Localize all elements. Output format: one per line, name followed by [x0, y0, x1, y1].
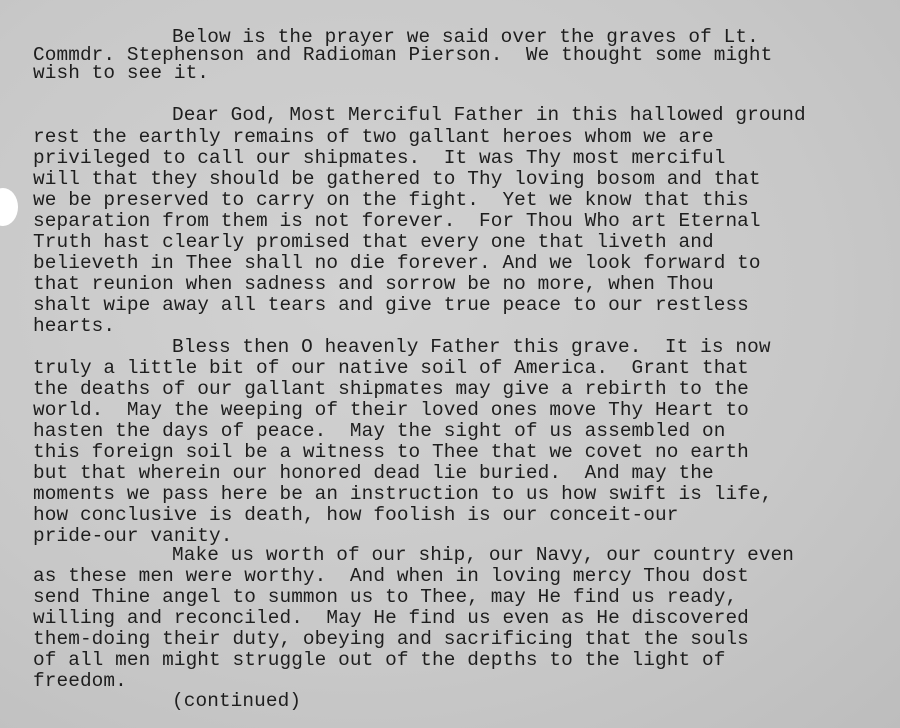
prayer-line: them-doing their duty, obeying and sacri…	[33, 630, 749, 649]
prayer-line: believeth in Thee shall no die forever. …	[33, 254, 761, 273]
prayer-line: will that they should be gathered to Thy…	[33, 170, 761, 189]
prayer-line: this foreign soil be a witness to Thee t…	[33, 443, 749, 462]
prayer-line: shalt wipe away all tears and give true …	[33, 296, 749, 315]
intro-line: wish to see it.	[33, 64, 209, 83]
prayer-line: Dear God, Most Merciful Father in this h…	[172, 106, 806, 125]
prayer-line: freedom.	[33, 672, 127, 691]
prayer-line: hearts.	[33, 317, 115, 336]
prayer-line: privileged to call our shipmates. It was…	[33, 149, 725, 168]
punch-hole	[0, 188, 18, 226]
prayer-line: send Thine angel to summon us to Thee, m…	[33, 588, 737, 607]
continued-note: (continued)	[172, 692, 301, 711]
prayer-line: moments we pass here be an instruction t…	[33, 485, 772, 504]
typewritten-page: Below is the prayer we said over the gra…	[0, 0, 900, 728]
prayer-line: the deaths of our gallant shipmates may …	[33, 380, 749, 399]
prayer-line: willing and reconciled. May He find us e…	[33, 609, 749, 628]
prayer-line: world. May the weeping of their loved on…	[33, 401, 749, 420]
prayer-line: rest the earthly remains of two gallant …	[33, 128, 714, 147]
prayer-line: Truth hast clearly promised that every o…	[33, 233, 714, 252]
prayer-line: we be preserved to carry on the fight. Y…	[33, 191, 749, 210]
prayer-line: but that wherein our honored dead lie bu…	[33, 464, 714, 483]
prayer-line: that reunion when sadness and sorrow be …	[33, 275, 714, 294]
prayer-line: truly a little bit of our native soil of…	[33, 359, 749, 378]
prayer-line: as these men were worthy. And when in lo…	[33, 567, 749, 586]
prayer-line: hasten the days of peace. May the sight …	[33, 422, 725, 441]
prayer-line: how conclusive is death, how foolish is …	[33, 506, 679, 525]
prayer-line: of all men might struggle out of the dep…	[33, 651, 725, 670]
prayer-line: Bless then O heavenly Father this grave.…	[172, 338, 771, 357]
prayer-line: Make us worth of our ship, our Navy, our…	[172, 546, 794, 565]
prayer-line: separation from them is not forever. For…	[33, 212, 761, 231]
